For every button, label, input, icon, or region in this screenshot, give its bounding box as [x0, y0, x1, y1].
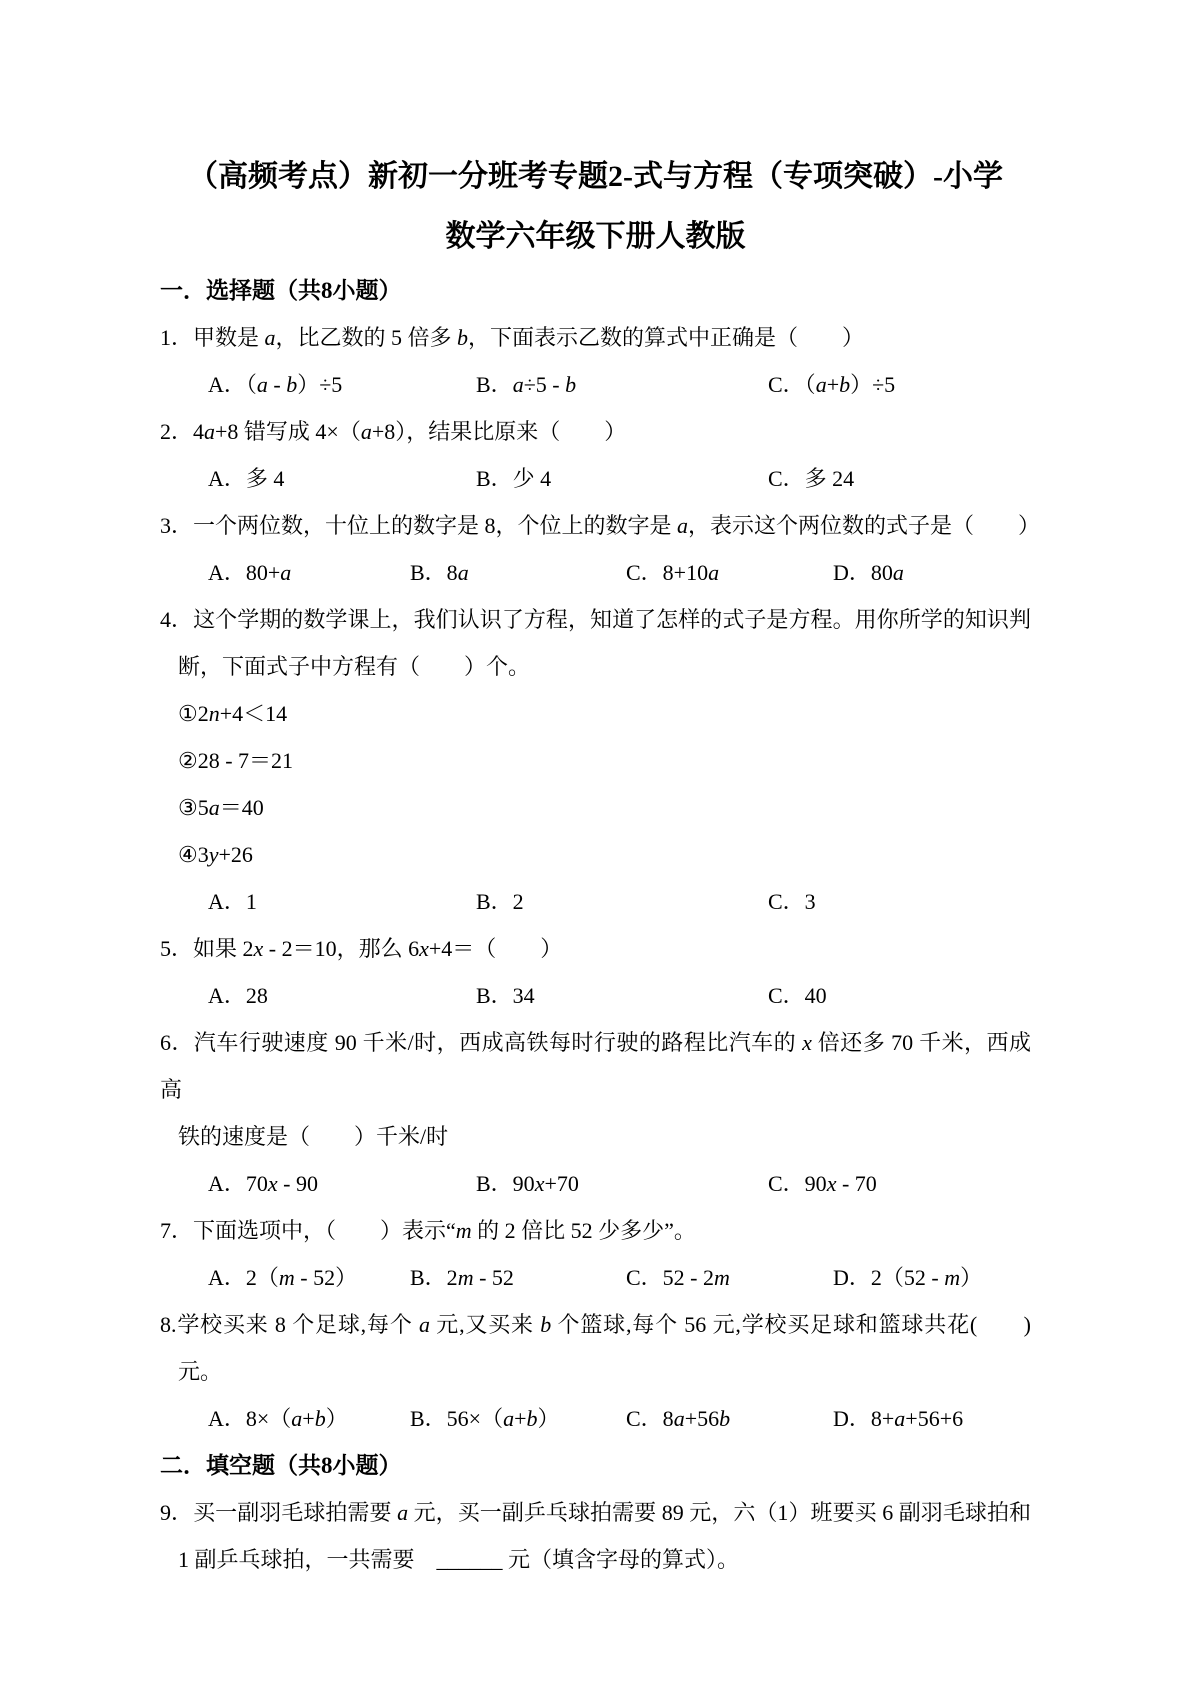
- question-4-options: A．1B．2C．3: [0, 878, 1191, 925]
- question-1-options: A．（a - b）÷5B．a÷5 - bC．（a+b）÷5: [0, 361, 1191, 408]
- question-7-option-b: B．2m - 52: [410, 1254, 626, 1301]
- question-6-option-a: A．70x - 90: [208, 1160, 476, 1207]
- question-6-options: A．70x - 90B．90x+70C．90x - 70: [0, 1160, 1191, 1207]
- question-4-option-c: C．3: [768, 878, 816, 925]
- question-4-line-2: 断，下面式子中方程有（ ）个。: [0, 643, 1191, 690]
- question-1-option-b: B．a÷5 - b: [476, 361, 768, 408]
- question-7-option-a: A．2（m - 52）: [208, 1254, 410, 1301]
- question-5-text: 5．如果 2x - 2＝10，那么 6x+4＝（ ）: [0, 925, 1191, 972]
- exam-paper: （高频考点）新初一分班考专题2-式与方程（专项突破）-小学 数学六年级下册人教版…: [0, 0, 1191, 1583]
- question-8-option-c: C．8a+56b: [626, 1395, 833, 1442]
- question-4-item-3: ③5a＝40: [0, 784, 1191, 831]
- question-7-option-c: C．52 - 2m: [626, 1254, 833, 1301]
- question-3-option-a: A．80+a: [208, 549, 410, 596]
- question-7-text: 7．下面选项中，（ ）表示“m 的 2 倍比 52 少多少”。: [0, 1207, 1191, 1254]
- question-1-option-c: C．（a+b）÷5: [768, 361, 895, 408]
- question-7-option-d: D．2（52 - m）: [833, 1254, 982, 1301]
- question-4-item-1: ①2n+4＜14: [0, 690, 1191, 737]
- question-5-option-b: B．34: [476, 972, 768, 1019]
- question-4-item-2: ②28 - 7＝21: [0, 737, 1191, 784]
- question-2-option-b: B．少 4: [476, 455, 768, 502]
- question-9-line-1: 9．买一副羽毛球拍需要 a 元，买一副乒乓球拍需要 89 元，六（1）班要买 6…: [0, 1489, 1031, 1536]
- question-8-line-1: 8.学校买来 8 个足球,每个 a 元,又买来 b 个篮球,每个 56 元,学校…: [0, 1301, 1031, 1348]
- page-title-line-1: （高频考点）新初一分班考专题2-式与方程（专项突破）-小学: [0, 147, 1191, 207]
- question-5-option-c: C．40: [768, 972, 827, 1019]
- question-8-option-a: A．8×（a+b）: [208, 1395, 410, 1442]
- question-8-line-2: 元。: [0, 1348, 1191, 1395]
- question-4-line-1: 4．这个学期的数学课上，我们认识了方程，知道了怎样的式子是方程。用你所学的知识判: [0, 596, 1031, 643]
- question-6-option-c: C．90x - 70: [768, 1160, 877, 1207]
- question-2-options: A．多 4B．少 4C．多 24: [0, 455, 1191, 502]
- question-2-option-a: A．多 4: [208, 455, 476, 502]
- question-5-options: A．28B．34C．40: [0, 972, 1191, 1019]
- page-title-line-2: 数学六年级下册人教版: [0, 207, 1191, 267]
- question-8-options: A．8×（a+b）B．56×（a+b）C．8a+56bD．8+a+56+6: [0, 1395, 1191, 1442]
- question-1-option-a: A．（a - b）÷5: [208, 361, 476, 408]
- question-6-line-2: 铁的速度是（ ）千米/时: [0, 1113, 1191, 1160]
- question-2-option-c: C．多 24: [768, 455, 854, 502]
- question-3-option-c: C．8+10a: [626, 549, 833, 596]
- question-8-option-d: D．8+a+56+6: [833, 1395, 963, 1442]
- question-3-options: A．80+aB．8aC．8+10aD．80a: [0, 549, 1191, 596]
- question-9-line-2: 1 副乒乓球拍，一共需要 ______ 元（填含字母的算式）。: [0, 1536, 1191, 1583]
- section-choice-heading: 一．选择题（共8小题）: [0, 267, 1191, 314]
- question-7-options: A．2（m - 52）B．2m - 52C．52 - 2mD．2（52 - m）: [0, 1254, 1191, 1301]
- question-3-option-d: D．80a: [833, 549, 904, 596]
- question-6-option-b: B．90x+70: [476, 1160, 768, 1207]
- section-fill-heading: 二．填空题（共8小题）: [0, 1442, 1191, 1489]
- question-4-item-4: ④3y+26: [0, 831, 1191, 878]
- question-6-line-1: 6．汽车行驶速度 90 千米/时，西成高铁每时行驶的路程比汽车的 x 倍还多 7…: [0, 1019, 1031, 1113]
- question-1-text: 1．甲数是 a，比乙数的 5 倍多 b，下面表示乙数的算式中正确是（ ）: [0, 314, 1191, 361]
- question-4-option-a: A．1: [208, 878, 476, 925]
- question-5-option-a: A．28: [208, 972, 476, 1019]
- question-3-option-b: B．8a: [410, 549, 626, 596]
- question-4-option-b: B．2: [476, 878, 768, 925]
- question-8-option-b: B．56×（a+b）: [410, 1395, 626, 1442]
- question-3-text: 3．一个两位数，十位上的数字是 8，个位上的数字是 a，表示这个两位数的式子是（…: [0, 502, 1191, 549]
- question-2-text: 2．4a+8 错写成 4×（a+8），结果比原来（ ）: [0, 408, 1191, 455]
